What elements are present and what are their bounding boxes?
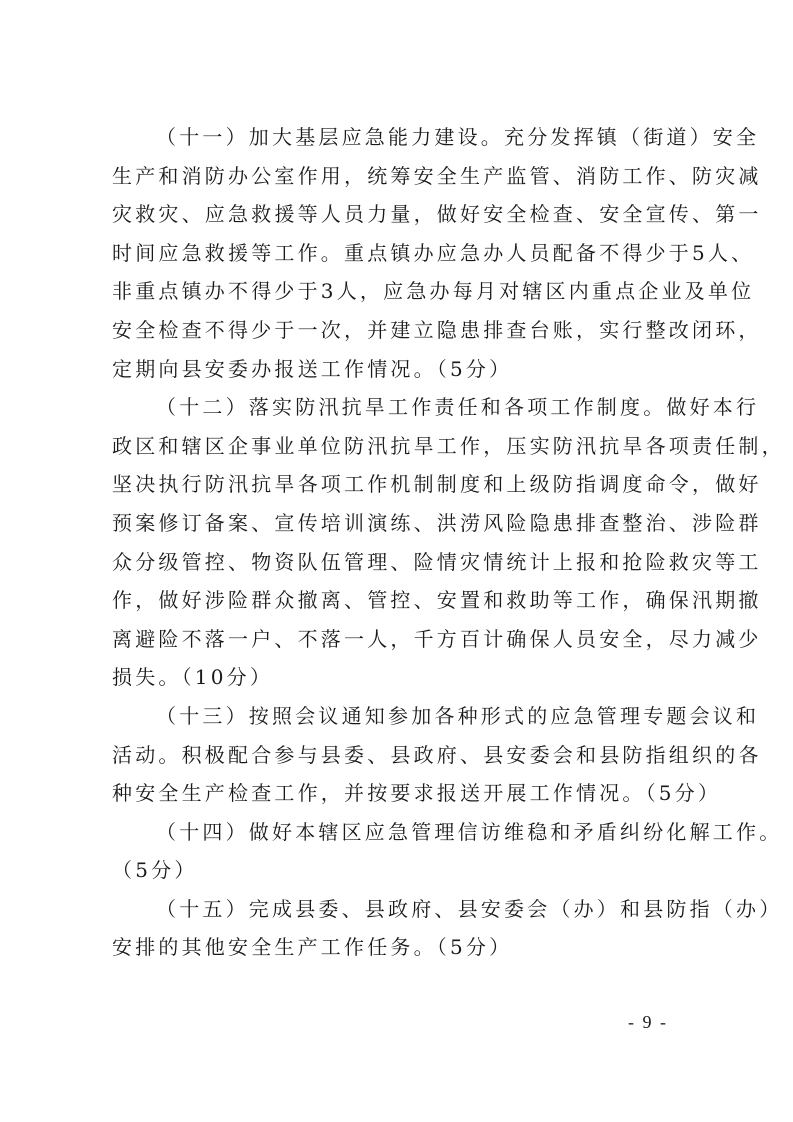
text-line: 种安全生产检查工作，并按要求报送开展工作情况。（5分） (112, 774, 696, 813)
text-line: 安排的其他安全生产工作任务。（5分） (112, 928, 696, 967)
text-line: 预案修订备案、宣传培训演练、洪涝风险隐患排查整治、涉险群 (112, 504, 696, 543)
text-line: （5分） (112, 851, 696, 890)
text-line: 灾救灾、应急救援等人员力量，做好安全检查、安全宣传、第一 (112, 195, 696, 234)
text-line: 作，做好涉险群众撤离、管控、安置和救助等工作，确保汛期撤 (112, 581, 696, 620)
text-line: （十五）完成县委、县政府、县安委会（办）和县防指（办） (112, 890, 696, 929)
paragraph-item-15: （十五）完成县委、县政府、县安委会（办）和县防指（办） 安排的其他安全生产工作任… (112, 890, 696, 967)
paragraph-item-12: （十二）落实防汛抗旱工作责任和各项工作制度。做好本行 政区和辖区企事业单位防汛抗… (112, 388, 696, 697)
text-line: 安全检查不得少于一次，并建立隐患排查台账，实行整改闭环， (112, 311, 696, 350)
text-line: 定期向县安委办报送工作情况。（5分） (112, 350, 696, 389)
text-line: （十一）加大基层应急能力建设。充分发挥镇（街道）安全 (112, 118, 696, 157)
text-line: （十三）按照会议通知参加各种形式的应急管理专题会议和 (112, 697, 696, 736)
text-line: 离避险不落一户、不落一人，千方百计确保人员安全，尽力减少 (112, 620, 696, 659)
text-line: 时间应急救援等工作。重点镇办应急办人员配备不得少于5人、 (112, 234, 696, 273)
text-line: （十四）做好本辖区应急管理信访维稳和矛盾纠纷化解工作。 (112, 813, 696, 852)
text-line: 损失。（10分） (112, 658, 696, 697)
page-number: - 9 - (628, 1012, 668, 1033)
text-line: 非重点镇办不得少于3人，应急办每月对辖区内重点企业及单位 (112, 272, 696, 311)
text-line: 众分级管控、物资队伍管理、险情灾情统计上报和抢险救灾等工 (112, 543, 696, 582)
document-body: （十一）加大基层应急能力建设。充分发挥镇（街道）安全 生产和消防办公室作用，统筹… (112, 118, 696, 967)
text-line: （十二）落实防汛抗旱工作责任和各项工作制度。做好本行 (112, 388, 696, 427)
text-line: 生产和消防办公室作用，统筹安全生产监管、消防工作、防灾减 (112, 157, 696, 196)
text-line: 政区和辖区企事业单位防汛抗旱工作，压实防汛抗旱各项责任制， (112, 427, 696, 466)
text-line: 活动。积极配合参与县委、县政府、县安委会和县防指组织的各 (112, 736, 696, 775)
text-line: 坚决执行防汛抗旱各项工作机制制度和上级防指调度命令，做好 (112, 465, 696, 504)
paragraph-item-13: （十三）按照会议通知参加各种形式的应急管理专题会议和 活动。积极配合参与县委、县… (112, 697, 696, 813)
paragraph-item-14: （十四）做好本辖区应急管理信访维稳和矛盾纠纷化解工作。 （5分） (112, 813, 696, 890)
paragraph-item-11: （十一）加大基层应急能力建设。充分发挥镇（街道）安全 生产和消防办公室作用，统筹… (112, 118, 696, 388)
